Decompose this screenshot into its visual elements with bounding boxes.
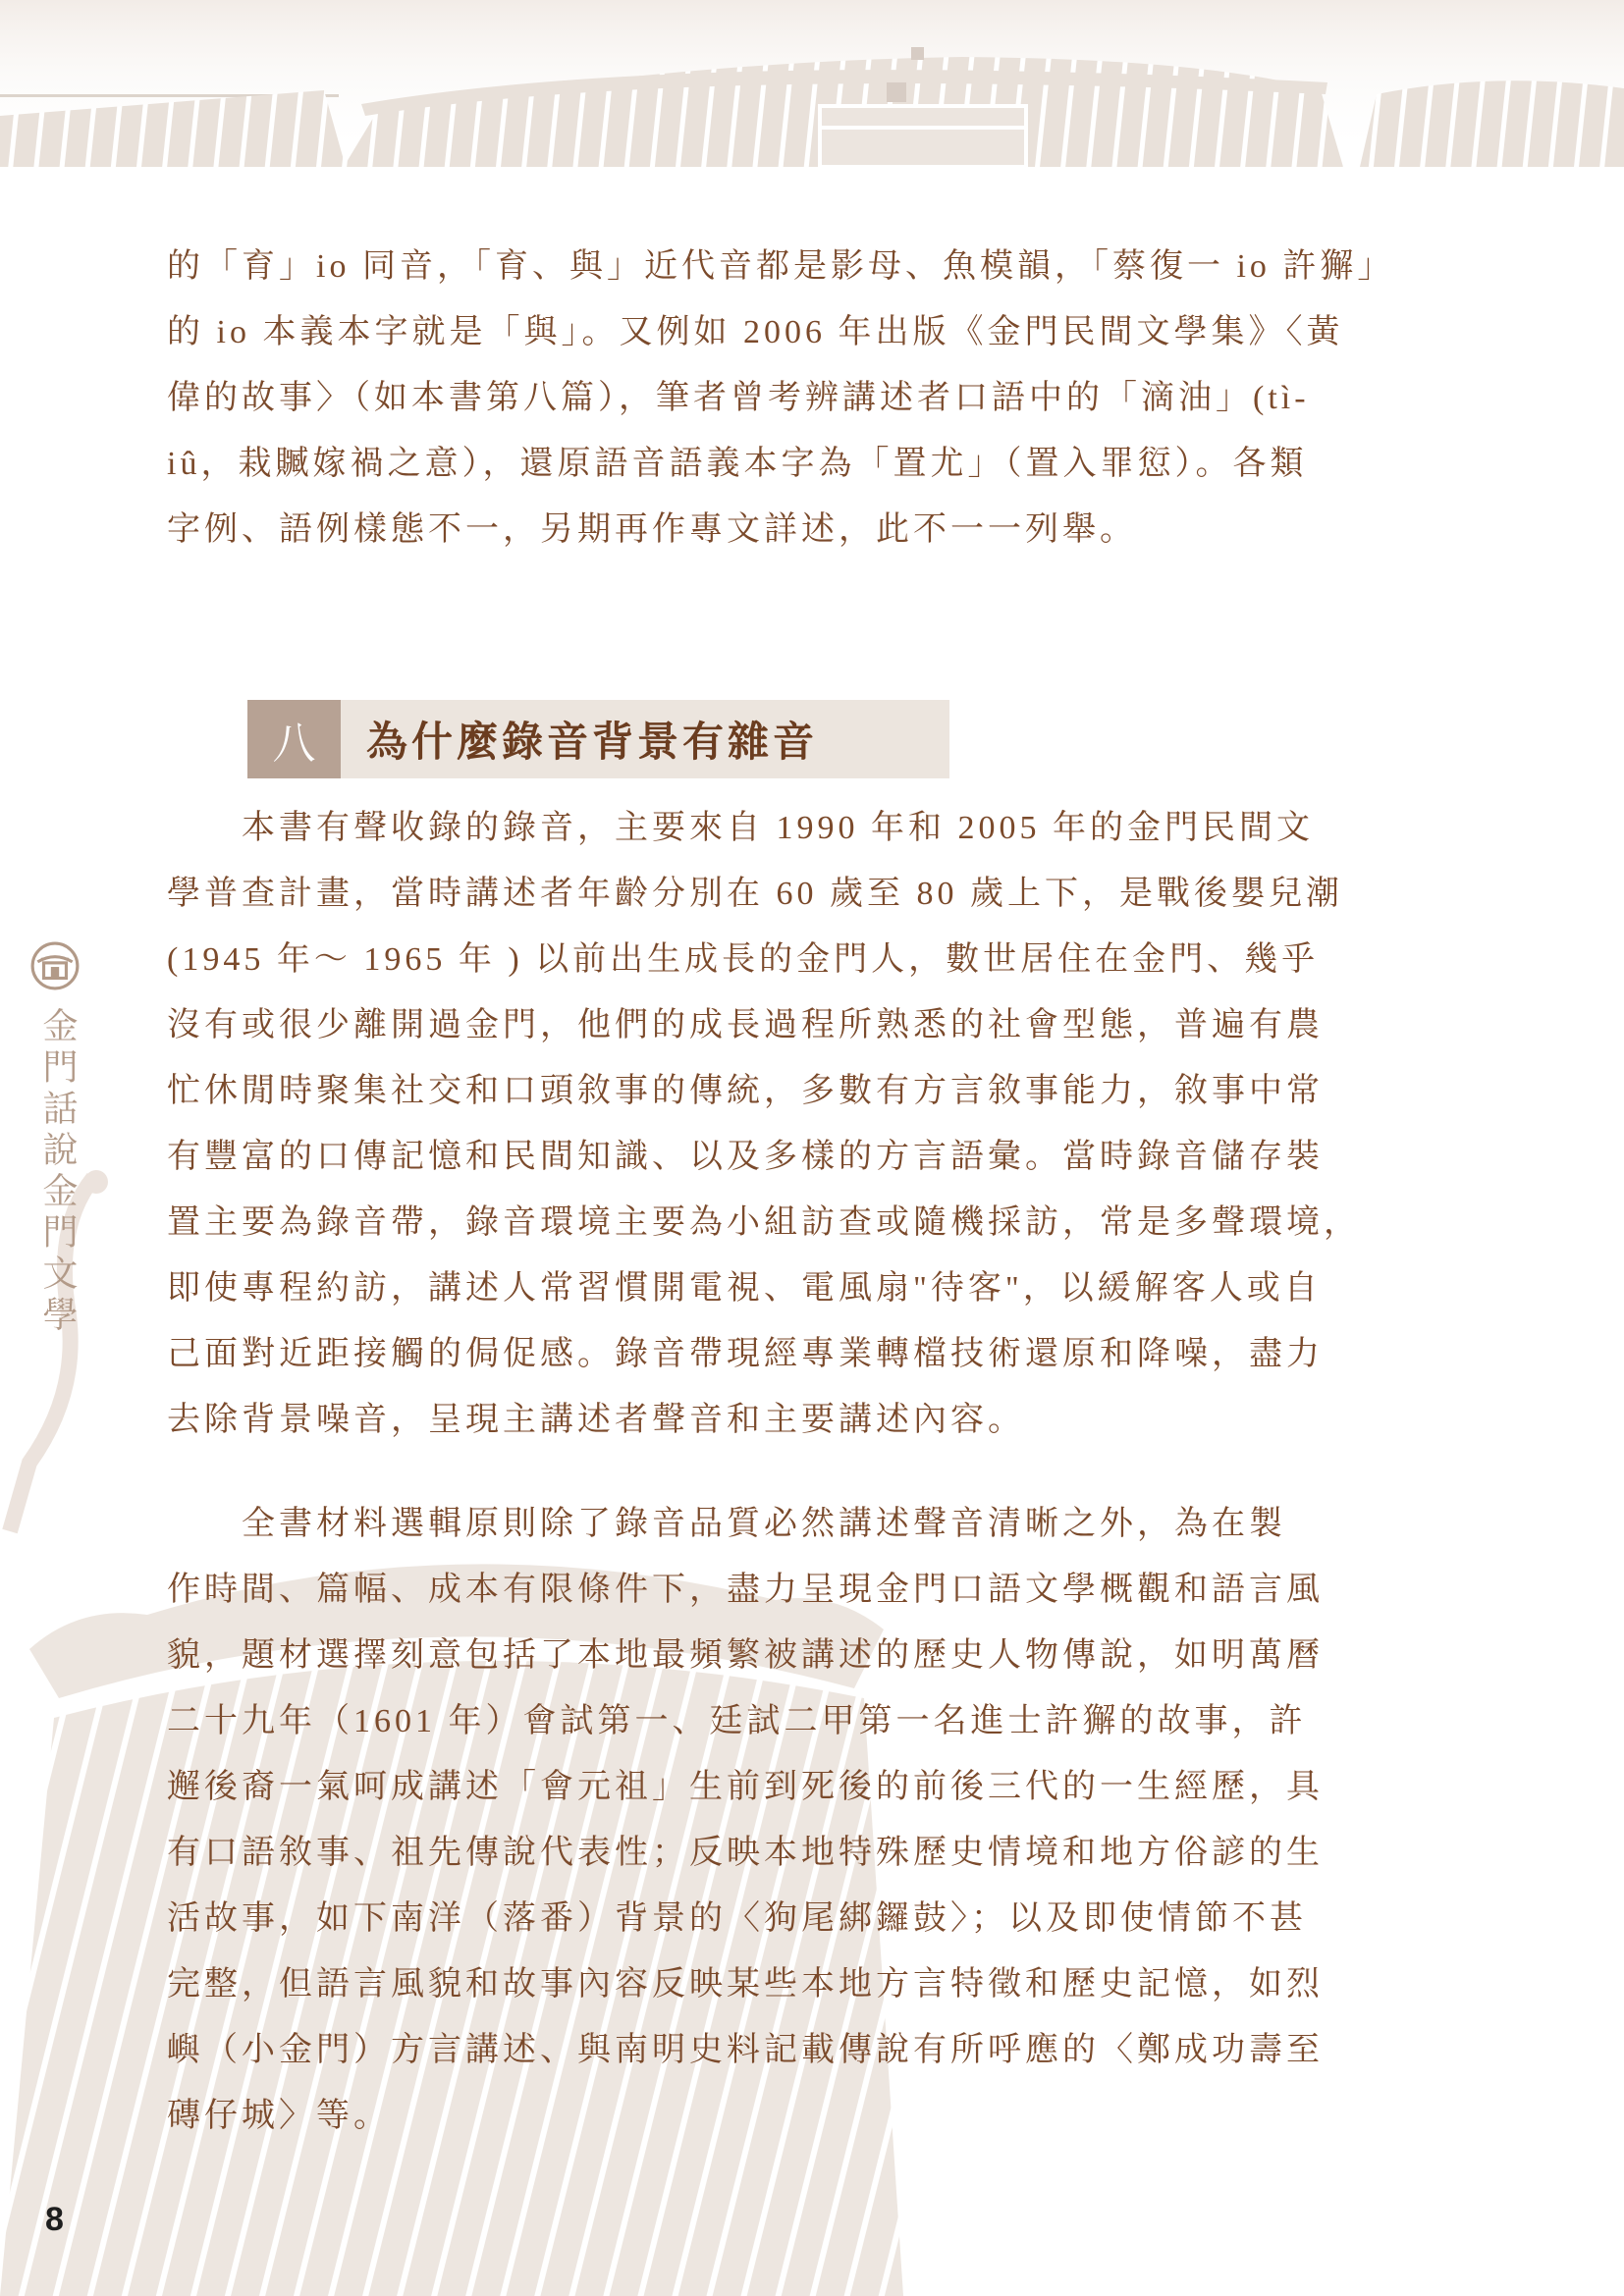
section-paragraph-1: 本書有聲收錄的錄音，主要來自 1990 年和 2005 年的金門民間文 學普查計…	[167, 795, 1414, 1453]
text-line: 沒有或很少離開過金門，他們的成長過程所熟悉的社會型態，普遍有農	[167, 992, 1414, 1058]
text-line: 即使專程約訪，講述人常習慣開電視、電風扇"待客"，以緩解客人或自	[167, 1255, 1414, 1321]
text-line: 忙休閒時聚集社交和口頭敘事的傳統，多數有方言敘事能力，敘事中常	[167, 1058, 1414, 1124]
text-line: 的 io 本義本字就是「與」。又例如 2006 年出版《金門民間文學集》〈黃	[167, 299, 1414, 365]
section-title: 為什麼錄音背景有雜音	[366, 710, 818, 769]
text-line: 己面對近距接觸的侷促感。錄音帶現經專業轉檔技術還原和降噪，盡力	[167, 1321, 1414, 1387]
text-line: 有豐富的口傳記憶和民間知識、以及多樣的方言語彙。當時錄音儲存裝	[167, 1124, 1414, 1190]
text-line: 嶼（小金門）方言講述、與南明史料記載傳說有所呼應的〈鄭成功壽至	[167, 2017, 1414, 2083]
book-title-calligraphy: 金門話說金門文學	[33, 1007, 83, 1361]
text-line: 二十九年（1601 年）會試第一、廷試二甲第一名進士許獬的故事，許	[167, 1688, 1414, 1754]
section-number-badge: 八	[247, 700, 341, 778]
text-line: 偉的故事〉（如本書第八篇），筆者曾考辨講述者口語中的「滴油」(tì-	[167, 365, 1414, 431]
rooftop-header-illustration	[0, 0, 1624, 167]
ornament-square-small	[911, 47, 924, 60]
text-line: 字例、語例樣態不一，另期再作專文詳述，此不一一列舉。	[167, 497, 1414, 562]
section-paragraph-2: 全書材料選輯原則除了錄音品質必然講述聲音清晰之外，為在製 作時間、篇幅、成本有限…	[167, 1491, 1414, 2149]
text-line: 完整，但語言風貌和故事內容反映某些本地方言特徵和歷史記憶，如烈	[167, 1951, 1414, 2017]
text-line: 貌，題材選擇刻意包括了本地最頻繁被講述的歷史人物傳說，如明萬曆	[167, 1623, 1414, 1688]
text-line: 的「育」io 同音，「育、與」近代音都是影母、魚模韻，「蔡復一 io 許獬」	[167, 234, 1414, 299]
intro-paragraph: 的「育」io 同音，「育、與」近代音都是影母、魚模韻，「蔡復一 io 許獬」 的…	[167, 234, 1414, 562]
text-line: 磚仔城〉等。	[167, 2083, 1414, 2149]
text-line: 作時間、篇幅、成本有限條件下，盡力呈現金門口語文學概觀和語言風	[167, 1557, 1414, 1623]
text-line: 置主要為錄音帶，錄音環境主要為小組訪查或隨機採訪，常是多聲環境，	[167, 1190, 1414, 1255]
book-page: 的「育」io 同音，「育、與」近代音都是影母、魚模韻，「蔡復一 io 許獬」 的…	[0, 0, 1624, 2296]
section-title-strip: 為什麼錄音背景有雜音	[341, 700, 949, 778]
page-number: 8	[45, 2201, 64, 2239]
gate-emblem-icon	[29, 940, 81, 991]
text-line: (1945 年～ 1965 年 ) 以前出生成長的金門人，數世居住在金門、幾乎	[167, 927, 1414, 992]
text-line: 學普查計畫，當時講述者年齡分別在 60 歲至 80 歲上下，是戰後嬰兒潮	[167, 861, 1414, 927]
text-line: iû，栽贓嫁禍之意），還原語音語義本字為「置尤」（置入罪愆）。各類	[167, 431, 1414, 497]
text-line: 活故事，如下南洋（落番）背景的〈狗尾綁鑼鼓〉；以及即使情節不甚	[167, 1886, 1414, 1951]
right-roof	[1360, 80, 1624, 167]
section-heading-bar: 八 為什麼錄音背景有雜音	[247, 700, 949, 778]
text-line: 全書材料選輯原則除了錄音品質必然講述聲音清晰之外，為在製	[167, 1491, 1414, 1557]
text-line: 去除背景噪音，呈現主講述者聲音和主要講述內容。	[167, 1387, 1414, 1453]
text-line: 有口語敘事、祖先傳說代表性；反映本地特殊歷史情境和地方俗諺的生	[167, 1820, 1414, 1886]
roof-doorway	[820, 106, 1026, 167]
ornament-square	[887, 82, 906, 102]
text-line: 邂後裔一氣呵成講述「會元祖」生前到死後的前後三代的一生經歷，具	[167, 1754, 1414, 1820]
text-line: 本書有聲收錄的錄音，主要來自 1990 年和 2005 年的金門民間文	[167, 795, 1414, 861]
